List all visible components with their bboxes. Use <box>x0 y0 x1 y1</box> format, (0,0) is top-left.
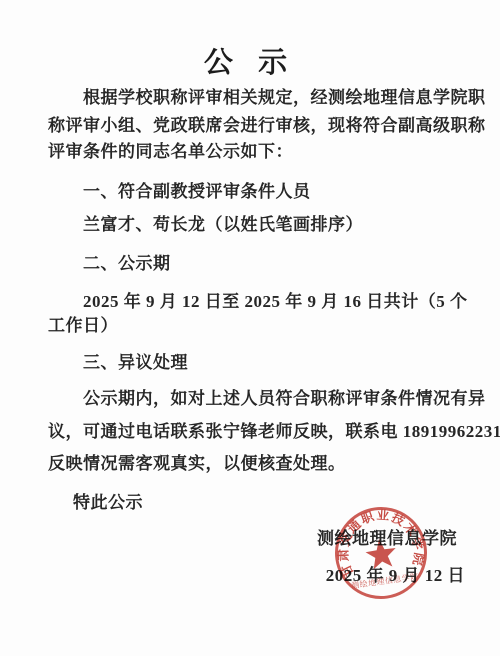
section3-line1: 公示期内，如对上述人员符合职称评审条件情况有异 <box>83 387 486 411</box>
announcement-document: 公 示 根据学校职称评审相关规定，经测绘地理信息学院职 称评审小组、党政联席会进… <box>0 0 500 656</box>
section3-line2: 议，可通过电话联系张宁锋老师反映，联系电 18919962231 <box>48 420 500 444</box>
section2-line2: 工作日） <box>48 314 118 338</box>
official-seal: 甘肃交通职业技术学院 测绘地理信息学院 <box>296 468 465 637</box>
paragraph1-line3: 评审条件的同志名单公示如下： <box>48 140 293 164</box>
section1-heading: 一、符合副教授评审条件人员 <box>83 180 311 204</box>
section1-names: 兰富才、苟长龙（以姓氏笔画排序） <box>83 213 363 237</box>
star-icon <box>364 537 398 570</box>
closing-statement: 特此公示 <box>73 491 143 515</box>
section2-heading: 二、公示期 <box>83 252 171 276</box>
paragraph1-line2: 称评审小组、党政联席会进行审核，现将符合副高级职称 <box>48 114 486 138</box>
page-title: 公 示 <box>0 40 500 81</box>
paragraph1-line1: 根据学校职称评审相关规定，经测绘地理信息学院职 <box>83 86 486 110</box>
section3-heading: 三、异议处理 <box>83 351 188 375</box>
section2-line1: 2025 年 9 月 12 日至 2025 年 9 月 16 日共计（5 个 <box>83 290 468 314</box>
seal-graphic: 甘肃交通职业技术学院 测绘地理信息学院 <box>296 468 465 637</box>
section3-line3: 反映情况需客观真实，以便核查处理。 <box>48 452 346 476</box>
